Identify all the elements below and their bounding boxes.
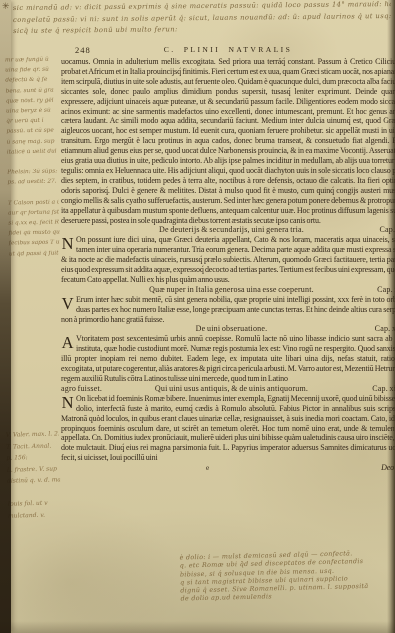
chapter-title: De uini obseruatione. bbox=[196, 324, 268, 333]
handwriting-line: si q.xx eq. fecit R bbox=[8, 219, 59, 230]
handwriting-line: q̄r uerū qut ī bbox=[6, 118, 57, 129]
printed-text-block: uocamus. Omnia in adulterium mellis exco… bbox=[61, 57, 395, 473]
handwriting-line bbox=[8, 189, 59, 200]
handwriting-line: bena. sunt ū gra bbox=[6, 87, 57, 98]
chapter-title: Quæ nuper in Italia generosa uina esse c… bbox=[149, 285, 314, 294]
drop-cap-initial: N bbox=[61, 236, 74, 252]
handwriting-line: V. Valer. max. l. 2. bbox=[6, 430, 59, 443]
paragraph: AVtoritatem post sexcentesimū urbis annū… bbox=[61, 334, 395, 384]
handwriting-line: q si tant magistrat bibisse ubi quinari … bbox=[180, 573, 388, 586]
paragraph-tail: agro fuisset. bbox=[61, 384, 102, 394]
handwriting-line: uina fide qr. sū bbox=[5, 67, 56, 78]
paragraph-continuation: uocamus. Omnia in adulterium mellis exco… bbox=[61, 57, 395, 225]
handwriting-line: defectū & q̄ fe bbox=[5, 77, 56, 88]
paragraph-text: On possunt iure dici uina, quæ Græci deu… bbox=[61, 235, 395, 284]
handwriting-line: congelatū passū: vi ni: sunt in solis ap… bbox=[13, 12, 391, 27]
paragraph-text: Erum inter hæc subit mentē, cū sint gene… bbox=[61, 295, 395, 324]
margin-star-mark: ✳ bbox=[2, 1, 10, 12]
paragraph: VErum inter hæc subit mentē, cū sint gen… bbox=[61, 295, 395, 325]
handwritten-annotation-bottom: è dolio: i — mulst demicasū sed alqū — c… bbox=[179, 548, 388, 603]
chapter-title: Qui uini usus antiquis, & de uinis antiq… bbox=[155, 384, 308, 393]
handwriting-line: T. Tacit. Annal. bbox=[6, 442, 59, 455]
handwritten-annotation-top: sic mirandū ad: v: dicit passū exprimis … bbox=[13, 0, 391, 38]
handwriting-line: dignū q́ esset. Sive Romanelli. p. utina… bbox=[180, 582, 388, 595]
handwriting-line: quæ nōst. ry gēl bbox=[6, 97, 57, 108]
drop-cap-initial: N bbox=[61, 395, 74, 411]
running-header: 248 C. PLINII NATVRALIS bbox=[61, 45, 395, 56]
handwriting-line: q. etc Romæ ubi q̄d sed disceptatos de c… bbox=[180, 557, 388, 570]
chapter-heading-inline: agro fuisset. Qui uini usus antiquis, & … bbox=[61, 384, 395, 394]
book-gutter-shadow bbox=[0, 0, 11, 633]
chapter-heading: Quæ nuper in Italia generosa uina esse c… bbox=[61, 285, 395, 295]
handwriting-line: italicē ū uelit dul bbox=[7, 148, 58, 159]
chapter-number: Cap. xiii bbox=[372, 384, 395, 394]
chapter-heading: De deuterijs & secundarijs, uini genera … bbox=[61, 225, 395, 235]
chapter-number: Cap. xii bbox=[375, 324, 395, 334]
chapter-title: De deuterijs & secundarijs, uini genera … bbox=[159, 225, 304, 234]
handwriting-line: distinū q. v. d. mag bbox=[7, 476, 60, 489]
scanned-book-page: ✳ sic mirandū ad: v: dicit passū exprimi… bbox=[0, 0, 395, 633]
paragraph: NOn licebat id foeminis Romæ bibere. Inu… bbox=[61, 394, 395, 463]
handwriting-line: mr uæ fungū ū bbox=[5, 56, 56, 67]
running-title: C. PLINII NATVRALIS bbox=[61, 45, 395, 54]
handwriting-line: sic mirandū ad: v: dicit passū exprimis … bbox=[13, 0, 391, 15]
signature-mark: e bbox=[206, 464, 209, 474]
handwriting-line: ut q̄d passi q́ fuit bbox=[9, 250, 60, 261]
paragraph: NOn possunt iure dici uina, quæ Græci de… bbox=[61, 235, 395, 285]
handwriting-line: uina beryz è sū bbox=[6, 107, 57, 118]
catchword: Deo bbox=[381, 463, 394, 472]
chapter-number: Cap. x bbox=[380, 225, 395, 235]
catchword-row: e Deo bbox=[61, 463, 395, 473]
handwriting-line: è dolio: i — mulst demicasū sed alqū — c… bbox=[179, 548, 387, 561]
handwritten-annotation-left-upper: mr uæ fungū ū uina fide qr. sū defectū &… bbox=[5, 56, 60, 261]
handwriting-line: ū sanę mag. sup bbox=[7, 138, 58, 149]
page-edge-shadow-bottom bbox=[0, 621, 395, 633]
paragraph-text: On licebat id foeminis Romæ bibere. Inue… bbox=[61, 394, 395, 462]
handwritten-annotation-left-lower: V. Valer. max. l. 2. T. Tacit. Annal. p.… bbox=[6, 430, 61, 523]
handwriting-line: aur qr fortuna fst bbox=[8, 209, 59, 220]
drop-cap-initial: A bbox=[61, 335, 74, 351]
handwriting-line bbox=[7, 488, 60, 501]
handwriting-line: ps. ad uestit: 27. bbox=[7, 179, 58, 190]
handwriting-line: passū. ut cū spe bbox=[6, 128, 57, 139]
handwriting-line bbox=[7, 158, 58, 169]
handwriting-line: T Calson posti a ū bbox=[8, 199, 59, 210]
handwriting-line: fecibus sapos T utell bbox=[9, 240, 60, 251]
paragraph-text: uocamus. Omnia in adulterium mellis exco… bbox=[61, 57, 395, 225]
handwriting-line: L. frastre. V. sup bbox=[7, 465, 60, 478]
handwriting-line: de dolio ap.ud temulendis bbox=[180, 590, 388, 603]
paragraph-text: Vtoritatem post sexcentesimū urbis annū … bbox=[61, 334, 395, 383]
chapter-heading: De uini obseruatione. Cap. xii bbox=[61, 324, 395, 334]
handwriting-line: Phelsin: 3ū sūps: 7 bbox=[7, 169, 58, 180]
handwriting-line: sicq̄ iu ste q́ respicit bonū ubi multo … bbox=[13, 23, 391, 38]
handwriting-line: Iouis fol. ut v bbox=[8, 499, 61, 512]
chapter-number: Cap. xi bbox=[377, 285, 395, 295]
handwriting-line: fidei qū musto quo bbox=[8, 230, 59, 241]
handwriting-line: bibisse, si q́ solusque in die bis mensa… bbox=[180, 565, 388, 578]
drop-cap-initial: V bbox=[61, 296, 74, 312]
handwriting-line: mulctand. v. bbox=[8, 511, 61, 524]
handwriting-line: p. 156: bbox=[6, 453, 59, 466]
